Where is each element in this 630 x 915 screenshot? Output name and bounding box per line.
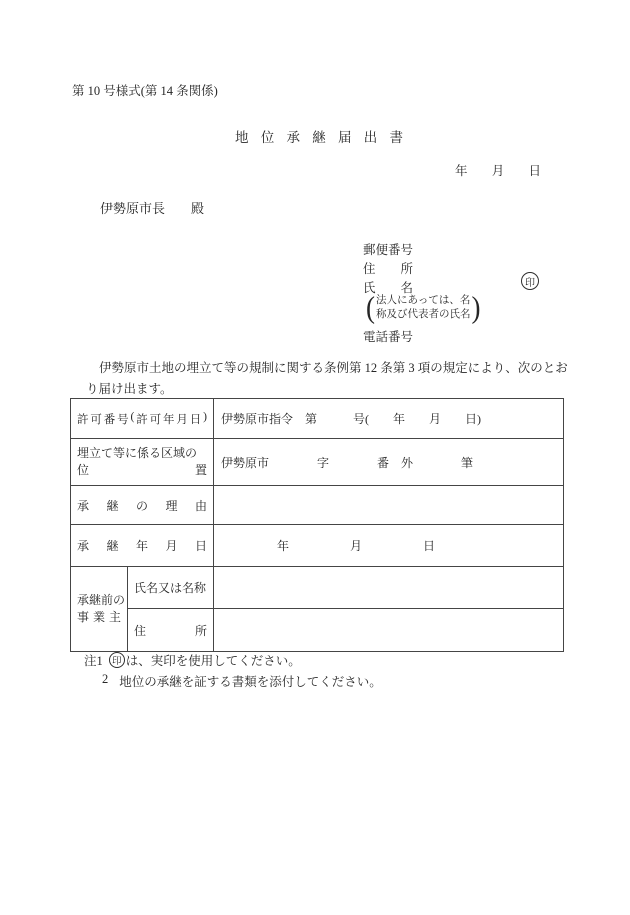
date-line: 年月日 [455,161,541,179]
table-row-succession-date: 承継年月日 年月日 [71,525,564,567]
note-1-text: は、実印を使用してください。 [126,651,301,669]
addressee: 伊勢原市長 殿 [100,198,204,217]
reason-field [214,486,564,525]
predecessor-address-label: 住所 [128,609,214,652]
predecessor-group-label: 承継前の 事業主 [71,567,128,652]
declaration-paragraph: 伊勢原市土地の埋立て等の規制に関する条例第 12 条第 3 項の規定により、次の… [86,358,576,399]
address-label: 住所 [363,261,413,278]
succession-date-label: 承継年月日 [71,525,214,567]
table-row-location: 埋立て等に係る区域の 位置 伊勢原市 字 番 外 筆 [71,439,564,486]
note-1: 注1 印 は、実印を使用してください。 [84,651,301,669]
table-row-predecessor-address: 住所 [71,609,564,652]
note-1-number: 注1 [84,651,103,669]
seal-icon: 印 [521,272,539,290]
phone-label: 電話番号 [363,329,413,346]
table-row-permit: 許可番号(許可年月日) 伊勢原市指令 第 号( 年 月 日) [71,399,564,439]
note-2: 2 地位の承継を証する書類を添付してください。 [102,672,382,690]
form-page: 第 10 号様式(第 14 条関係) 地位承継届出書 年月日 伊勢原市長 殿 郵… [0,0,630,915]
predecessor-name-label: 氏名又は名称 [128,567,214,609]
corporate-note-line2: 称及び代表者の氏名 [376,309,471,320]
permit-number-value: 伊勢原市指令 第 号( 年 月 日) [214,399,564,439]
reason-label: 承継の理由 [71,486,214,525]
seal-icon-note: 印 [109,652,125,668]
page-title: 地位承継届出書 [235,126,403,146]
permit-number-label: 許可番号(許可年月日) [71,399,214,439]
note-2-number: 2 [102,672,108,690]
open-paren: ( [366,292,375,323]
predecessor-name-field [214,567,564,609]
table-row-predecessor-name: 承継前の 事業主 氏名又は名称 [71,567,564,609]
corporate-note: ( 法人にあっては、名 称及び代表者の氏名 ) [366,294,481,321]
succession-date-value: 年月日 [214,525,564,567]
location-value: 伊勢原市 字 番 外 筆 [214,439,564,486]
location-label: 埋立て等に係る区域の 位置 [71,439,214,486]
note-2-text: 地位の承継を証する書類を添付してください。 [119,672,382,690]
postal-code-label: 郵便番号 [363,242,413,259]
succession-table: 許可番号(許可年月日) 伊勢原市指令 第 号( 年 月 日) 埋立て等に係る区域… [70,398,564,652]
form-number: 第 10 号様式(第 14 条関係) [72,81,218,99]
corporate-note-text: 法人にあっては、名 称及び代表者の氏名 [376,294,471,321]
table-row-reason: 承継の理由 [71,486,564,525]
predecessor-address-field [214,609,564,652]
close-paren: ) [472,292,481,323]
corporate-note-line1: 法人にあっては、名 [376,295,470,306]
